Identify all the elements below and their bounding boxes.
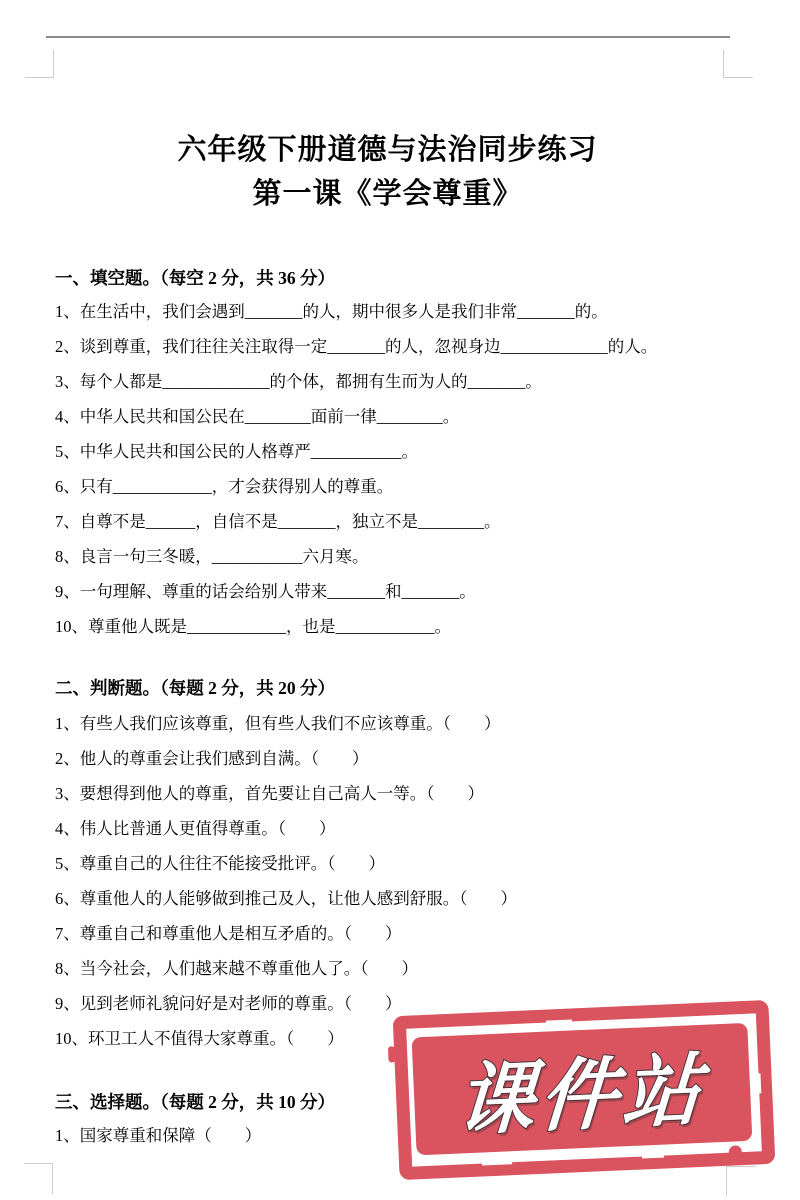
document-title: 六年级下册道德与法治同步练习 第一课《学会尊重》 (55, 128, 720, 216)
section-heading: 二、判断题。（每题 2 分，共 20 分） (55, 676, 720, 700)
question-item: 3、要想得到他人的尊重，首先要让自己高人一等。（ ） (55, 776, 720, 811)
crop-mark-bottom-right (726, 1166, 756, 1196)
question-item: 5、中华人民共和国公民的人格尊严___________。 (55, 434, 720, 469)
question-item: 6、尊重他人的人能够做到推己及人，让他人感到舒服。（ ） (55, 881, 720, 916)
document-content: 六年级下册道德与法治同步练习 第一课《学会尊重》 一、填空题。（每空 2 分，共… (55, 0, 720, 1153)
watermark-stamp: 课件站 (393, 1000, 776, 1180)
question-item: 4、伟人比普通人更值得尊重。（ ） (55, 811, 720, 846)
question-item: 1、在生活中，我们会遇到_______的人，期中很多人是我们非常_______的… (55, 294, 720, 329)
question-item: 9、一句理解、尊重的话会给别人带来_______和_______。 (55, 574, 720, 609)
section-fill-in-blanks: 一、填空题。（每空 2 分，共 36 分） 1、在生活中，我们会遇到______… (55, 266, 720, 644)
question-list: 1、有些人我们应该尊重，但有些人我们不应该尊重。（ ） 2、他人的尊重会让我们感… (55, 706, 720, 1056)
question-item: 7、自尊不是______，自信不是_______，独立不是________。 (55, 504, 720, 539)
stamp-text: 课件站 (454, 1027, 710, 1150)
title-line-1: 六年级下册道德与法治同步练习 (55, 128, 720, 172)
question-item: 7、尊重自己和尊重他人是相互矛盾的。（ ） (55, 916, 720, 951)
crop-mark-bottom-left (24, 1163, 53, 1194)
question-item: 2、他人的尊重会让我们感到自满。（ ） (55, 741, 720, 776)
stamp-ink-speck (388, 1046, 396, 1062)
question-list: 1、在生活中，我们会遇到_______的人，期中很多人是我们非常_______的… (55, 294, 720, 644)
question-item: 10、尊重他人既是____________，也是____________。 (55, 609, 720, 644)
question-item: 6、只有____________，才会获得别人的尊重。 (55, 469, 720, 504)
question-item: 4、中华人民共和国公民在________面前一律________。 (55, 399, 720, 434)
stamp-body: 课件站 (412, 1023, 753, 1156)
question-item: 8、当今社会，人们越来越不尊重他人了。（ ） (55, 951, 720, 986)
question-item: 5、尊重自己的人往往不能接受批评。（ ） (55, 846, 720, 881)
title-line-2: 第一课《学会尊重》 (55, 172, 720, 216)
section-true-false: 二、判断题。（每题 2 分，共 20 分） 1、有些人我们应该尊重，但有些人我们… (55, 676, 720, 1056)
question-item: 1、有些人我们应该尊重，但有些人我们不应该尊重。（ ） (55, 706, 720, 741)
crop-mark-top-left (25, 50, 54, 78)
crop-mark-top-right (723, 50, 753, 78)
question-item: 8、良言一句三冬暖，___________六月寒。 (55, 539, 720, 574)
document-page: 六年级下册道德与法治同步练习 第一课《学会尊重》 一、填空题。（每空 2 分，共… (0, 0, 800, 1200)
question-item: 3、每个人都是_____________的个体，都拥有生而为人的_______。 (55, 364, 720, 399)
question-item: 2、谈到尊重，我们往往关注取得一定_______的人，忽视身边_________… (55, 329, 720, 364)
section-heading: 一、填空题。（每空 2 分，共 36 分） (55, 266, 720, 290)
